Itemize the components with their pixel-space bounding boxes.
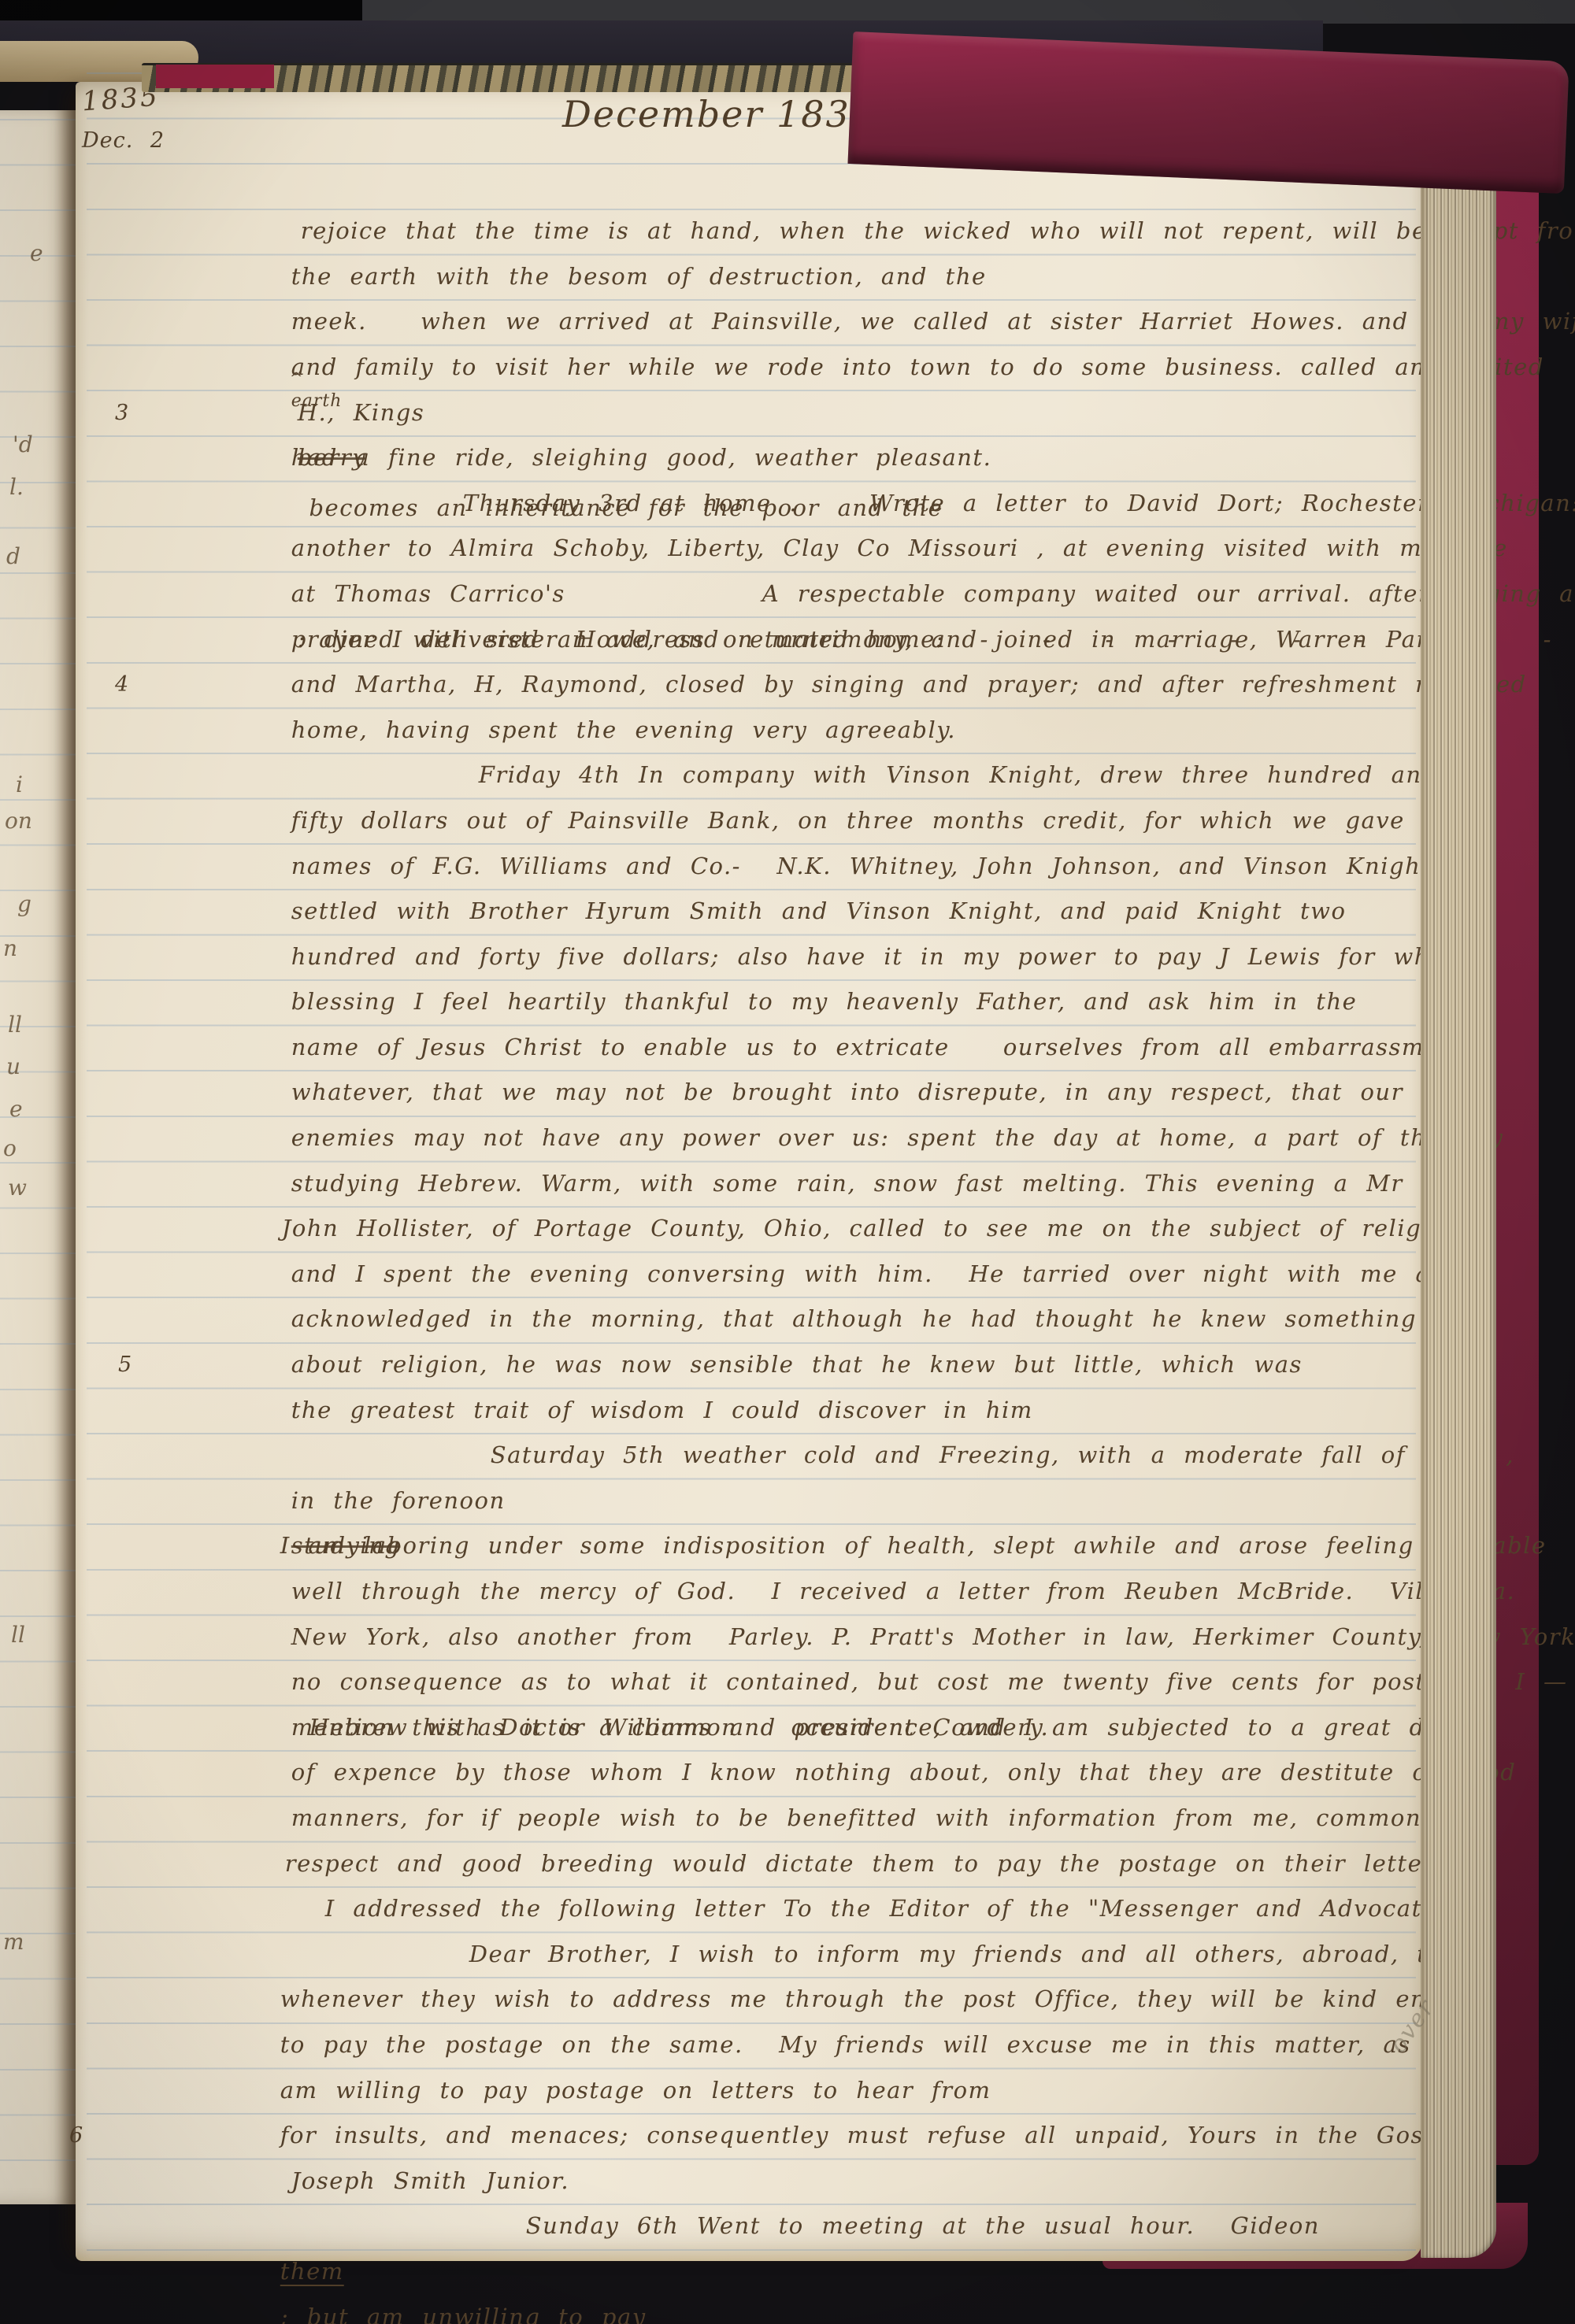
journal-line: name of Jesus Christ to enable us to ext… [76, 934, 1416, 980]
partial-letter: ll [8, 1012, 22, 1038]
margin-day-label: 3 [115, 390, 129, 436]
journal-line: settled with Brother Hyrum Smith and Vin… [76, 798, 1416, 844]
partial-letter: g [17, 891, 31, 917]
journal-line: 4 Friday 4th In company with Vinson Knig… [76, 662, 1416, 708]
journal-line: for insults, and menaces; consequentley … [76, 2022, 1416, 2068]
partial-letter: e [30, 240, 43, 266]
margin-day-label: 4 [115, 662, 129, 708]
journal-line: 6 Sunday 6th Went to meeting at the usua… [76, 2113, 1416, 2159]
partial-letter: m [3, 1929, 24, 1955]
journal-line: am willing to pay postage on letters to … [76, 1977, 1416, 2022]
journal-line: H., Kings berry : dined with sister Howe… [76, 299, 1416, 345]
journal-line: and Martha, H, Raymond, closed by singin… [76, 572, 1416, 617]
journal-line: acknowledged in the morning, that althou… [76, 1206, 1416, 1252]
journal-line: well through the mercy of God. I receive… [76, 1478, 1416, 1524]
journal-line: hundred and forty five dollars; also hav… [76, 844, 1416, 890]
partial-letter: n [3, 935, 17, 961]
journal-line: whatever, that we may not be brought int… [76, 979, 1416, 1025]
cover-red-patch-left [156, 65, 274, 88]
journal-line: mention this as it is a common occurrenc… [76, 1615, 1416, 1660]
journal-line: of expence by those whom I know nothing … [76, 1660, 1416, 1705]
journal-line: enemies may not have any power over us: … [76, 1025, 1416, 1071]
journal-line: 5 Saturday 5th weather cold and Freezing… [76, 1342, 1416, 1388]
partial-letter: i [16, 772, 23, 797]
fore-edge-page-stack [1421, 168, 1496, 2258]
journal-line: New York, also another from Parley. P. P… [76, 1523, 1416, 1569]
partial-letter: w [8, 1175, 27, 1201]
journal-line: in the forenoon studying Hebrew with Doc… [76, 1388, 1416, 1434]
partial-letter: l. [9, 474, 24, 500]
journal-line: Joseph Smith Junior. [76, 2068, 1416, 2114]
journal-line: had a fine ride, sleighing good, weather… [76, 345, 1416, 390]
margin-day-label: 6 [69, 2113, 83, 2159]
journal-line: manners, for if people wish to be benefi… [76, 1705, 1416, 1751]
margin-day-label: 5 [118, 1342, 132, 1388]
journal-line: to pay the postage on the same. My frien… [76, 1932, 1416, 1978]
journal-line: respect and good breeding would dictate … [76, 1750, 1416, 1796]
journal-line: another to Almira Schoby, Liberty, Clay … [76, 435, 1416, 481]
journal-line: the greatest trait of wisdom I could dis… [76, 1297, 1416, 1342]
line-text: Sunday 6th Went to meeting at the usual … [526, 2212, 1320, 2239]
journal-line: about religion, he was now sensible that… [76, 1252, 1416, 1297]
journal-line: whenever they wish to address me through… [76, 1886, 1416, 1932]
margin-day-label: Dec. 2 [82, 118, 165, 164]
journal-line: I am laboring under some indisposition o… [76, 1433, 1416, 1478]
partial-letter: d [6, 543, 20, 569]
journal-line: names of F.G. Williams and Co.- N.K. Whi… [76, 753, 1416, 798]
facing-page-edge: e'dl.diongnllueowllm [0, 110, 77, 2204]
partial-letter: o [3, 1135, 17, 1161]
partial-letter: e [9, 1096, 23, 1122]
partial-letter: ll [11, 1622, 25, 1648]
partial-letter: on [5, 808, 32, 834]
journal-line: meek. when we arrived at Painsville, we … [76, 209, 1416, 254]
journal-line: prayer I delivered an address on matrimo… [76, 526, 1416, 572]
journal-line: studying Hebrew. Warm, with some rain, s… [76, 1070, 1416, 1116]
partial-letter: 'd [13, 431, 33, 457]
journal-line: 3 Thursday 3rd at home . Wrote a letter … [76, 390, 1416, 436]
journal-line: no consequence as to what it contained, … [76, 1569, 1416, 1615]
journal-line: and I spent the evening conversing with … [76, 1161, 1416, 1207]
journal-text-block: Dec. 2 rejoice that the time is at hand,… [76, 118, 1416, 2159]
partial-letter: u [6, 1053, 20, 1079]
journal-page: 1835 December 1835 585 Dec. 2 rejoice th… [76, 82, 1422, 2261]
journal-line: home, having spent the evening very agre… [76, 617, 1416, 663]
journal-line: I addressed the following letter To the … [76, 1796, 1416, 1841]
journal-line: fifty dollars out of Painsville Bank, on… [76, 708, 1416, 753]
journal-line: at Thomas Carrico's A respectable compan… [76, 481, 1416, 527]
journal-line: and family to visit her while we rode in… [76, 254, 1416, 300]
journal-line: Dear Brother, I wish to inform my friend… [76, 1841, 1416, 1887]
journal-line: John Hollister, of Portage County, Ohio,… [76, 1116, 1416, 1161]
journal-line: blessing I feel heartily thankful to my … [76, 889, 1416, 934]
